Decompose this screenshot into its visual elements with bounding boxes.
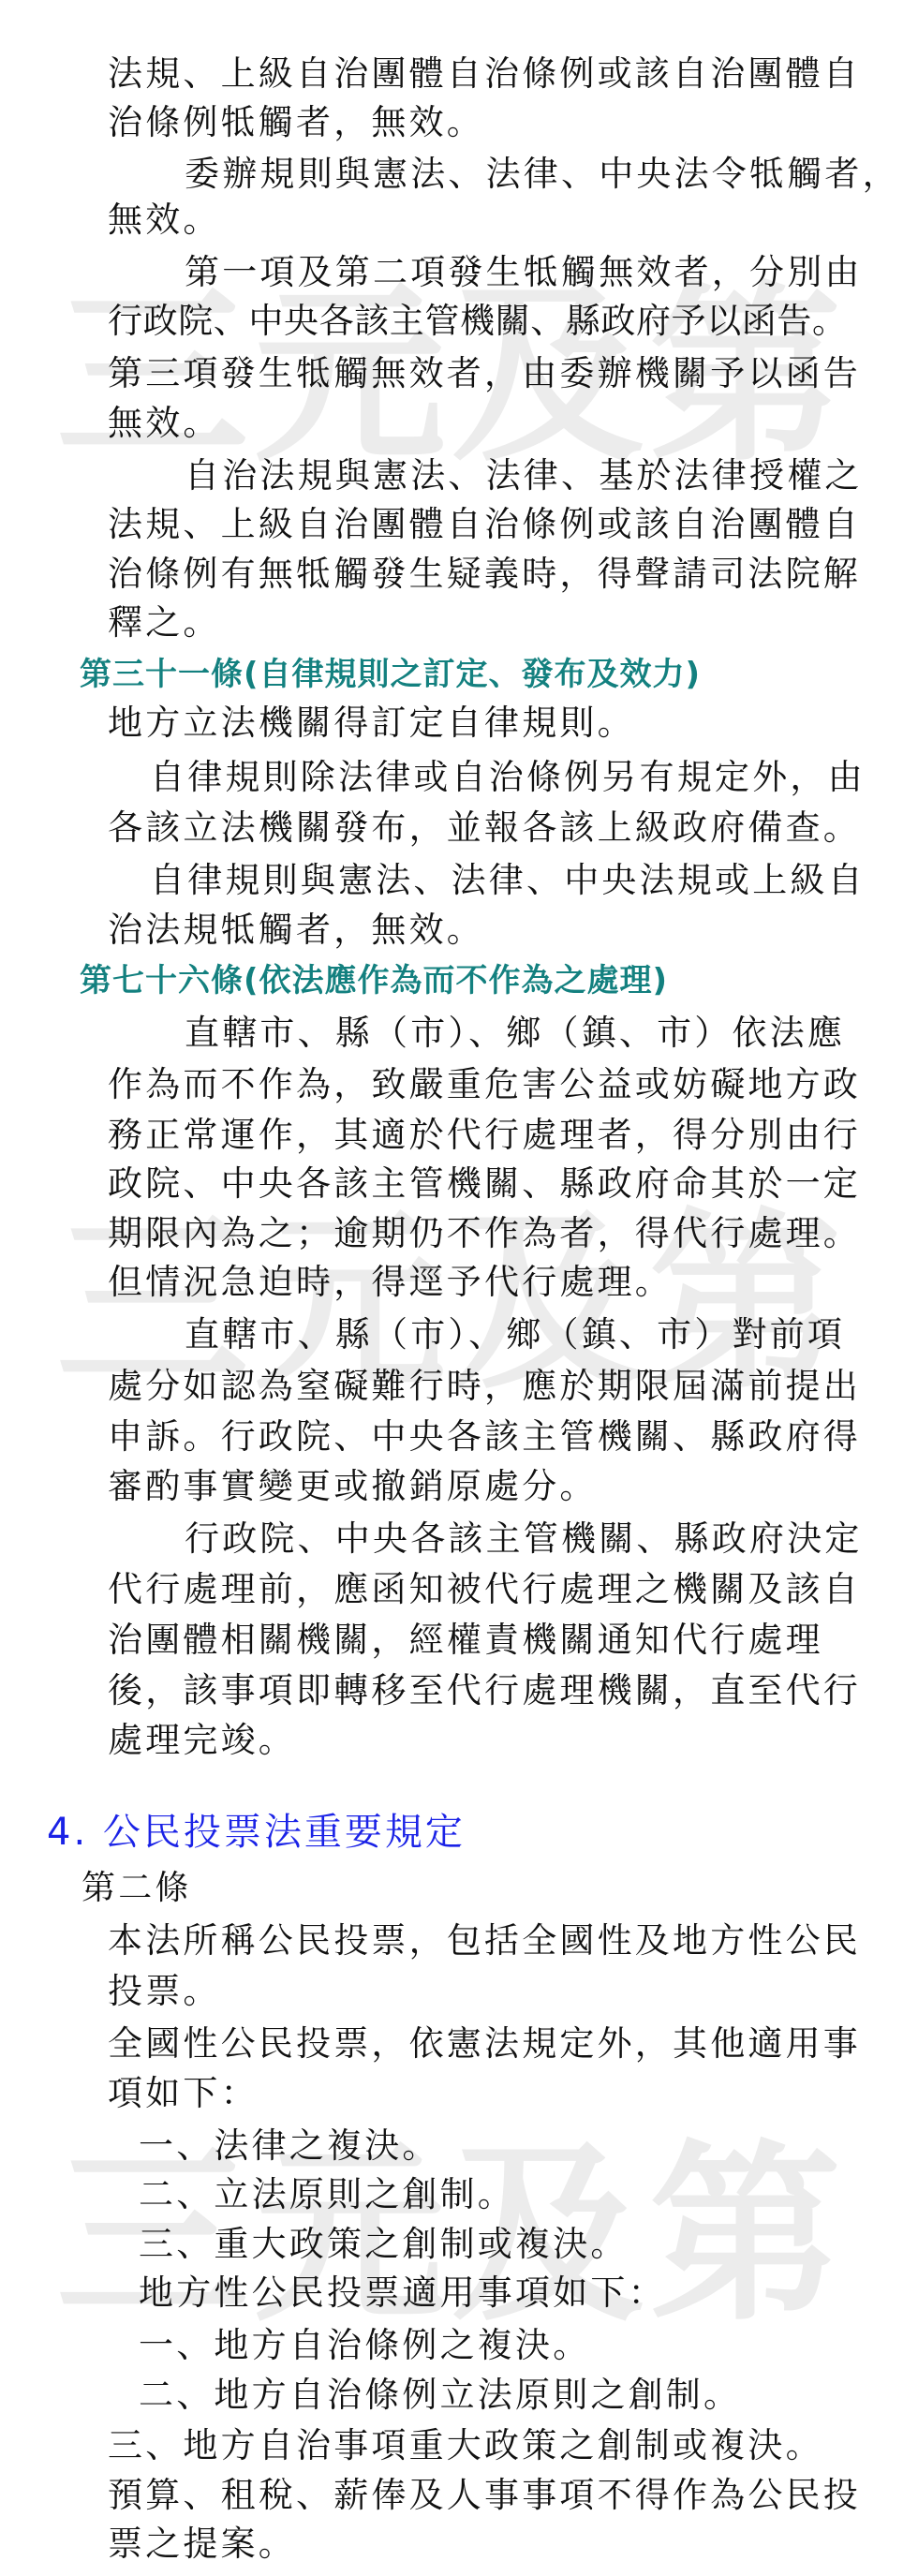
body-line: 第一項及第二項發生牴觸無效者，分別由 <box>185 252 863 293</box>
body-line: 代行處理前，應函知被代行處理之機關及該自 <box>108 1569 861 1610</box>
body-line: 但情況急迫時，得逕予代行處理。 <box>108 1262 673 1303</box>
body-line: 自律規則除法律或自治條例另有規定外，由 <box>150 757 866 798</box>
body-line: 行政院、中央各該主管機關、縣政府決定 <box>185 1518 863 1560</box>
body-line: 票之提案。 <box>108 2524 296 2565</box>
body-line: 處理完竣。 <box>108 1720 296 1761</box>
body-line: 項如下： <box>108 2073 259 2114</box>
body-line: 委辦規則與憲法、法律、中央法令牴觸者， <box>185 154 900 195</box>
body-line: 作為而不作為，致嚴重危害公益或妨礙地方政 <box>108 1064 861 1105</box>
body-line: 法規、上級自治團體自治條例或該自治團體自 <box>108 53 861 95</box>
body-line: 投票。 <box>108 1971 221 2012</box>
body-line: 處分如認為窒礙難行時，應於期限屆滿前提出 <box>108 1366 861 1407</box>
body-line: 全國性公民投票，依憲法規定外，其他適用事 <box>108 2023 861 2065</box>
body-line: 政院、中央各該主管機關、縣政府命其於一定 <box>108 1163 861 1205</box>
body-line: 治條例有無牴觸發生疑義時，得聲請司法院解 <box>108 554 861 595</box>
body-line: 地方立法機關得訂定自律規則。 <box>108 703 635 744</box>
body-line: 無效。 <box>108 200 221 241</box>
article-label: 第二條 <box>81 1868 192 1909</box>
body-line: 審酌事實變更或撤銷原處分。 <box>108 1466 598 1507</box>
list-item: 一、地方自治條例之複決。 <box>139 2325 590 2366</box>
list-item: 二、地方自治條例立法原則之創制。 <box>139 2375 741 2416</box>
body-line: 後，該事項即轉移至代行處理機關，直至代行 <box>108 1670 861 1711</box>
body-line: 自治法規與憲法、法律、基於法律授權之 <box>185 455 863 496</box>
body-line: 自律規則與憲法、法律、中央法規或上級自 <box>150 860 866 901</box>
body-line: 各該立法機關發布，並報各該上級政府備查。 <box>108 807 861 849</box>
section-heading: 4. 公民投票法重要規定 <box>47 1812 466 1853</box>
body-line: 期限內為之；逾期仍不作為者，得代行處理。 <box>108 1213 861 1254</box>
list-item: 三、重大政策之創制或複決。 <box>139 2224 629 2265</box>
body-line: 本法所稱公民投票，包括全國性及地方性公民 <box>108 1920 861 1962</box>
body-line: 預算、租稅、薪俸及人事事項不得作為公民投 <box>108 2475 861 2516</box>
list-item: 三、地方自治事項重大政策之創制或複決。 <box>108 2425 823 2466</box>
body-line: 直轄市、縣（市）、鄉（鎮、市）對前項 <box>185 1314 845 1355</box>
body-line: 申訴。行政院、中央各該主管機關、縣政府得 <box>108 1416 861 1458</box>
article-heading: 第三十一條(自律規則之訂定、發布及效力) <box>80 654 701 695</box>
body-line: 無效。 <box>108 403 221 444</box>
body-line: 地方性公民投票適用事項如下： <box>139 2273 666 2314</box>
article-heading: 第七十六條(依法應作為而不作為之處理) <box>80 960 668 1001</box>
body-line: 第三項發生牴觸無效者，由委辦機關予以函告 <box>108 353 861 394</box>
body-line: 治條例牴觸者，無效。 <box>108 102 484 143</box>
body-line: 釋之。 <box>108 602 221 644</box>
body-line: 法規、上級自治團體自治條例或該自治團體自 <box>108 504 861 545</box>
body-line: 治團體相關機關，經權責機關通知代行處理 <box>108 1620 823 1661</box>
list-item: 二、立法原則之創制。 <box>139 2174 515 2215</box>
body-line: 務正常運作，其適於代行處理者，得分別由行 <box>108 1115 861 1156</box>
body-line: 行政院、中央各該主管機關、縣政府予以函告。 <box>108 301 848 342</box>
list-item: 一、法律之複決。 <box>139 2125 440 2167</box>
body-line: 直轄市、縣（市）、鄉（鎮、市）依法應 <box>185 1013 845 1054</box>
body-line: 治法規牴觸者，無效。 <box>108 910 484 951</box>
